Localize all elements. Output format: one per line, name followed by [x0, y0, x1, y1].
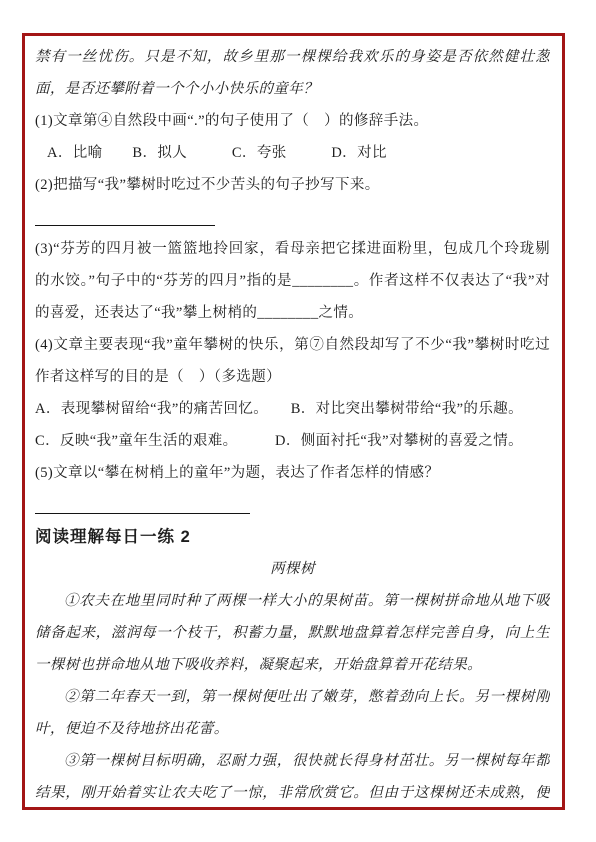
intro-text-line: 禁有一丝忧伤。只是不知，故乡里那一棵棵给我欢乐的身姿是否依然健壮葱茏，那上	[35, 41, 550, 73]
passage-paragraph-1-line: ①农夫在地里同时种了两棵一样大小的果树苗。第一棵树拼命地从地下吸收养料，	[35, 585, 550, 617]
answer-blank-row	[35, 489, 550, 521]
passage-paragraph-2-line: 叶，便迫不及待地挤出花蕾。	[35, 713, 550, 745]
passage-paragraph-2-line: ②第二年春天一到，第一棵树便吐出了嫩芽，憋着劲向上长。另一棵树刚吐出嫩	[35, 681, 550, 713]
answer-blank-underline	[35, 513, 250, 514]
question-1-text: (1)文章第④自然段中画“.”的句子使用了（ ）的修辞手法。	[35, 105, 550, 137]
question-4-text-line: (4)文章主要表现“我”童年攀树的快乐，第⑦自然段却写了不少“我”攀树时吃过苦头…	[35, 329, 550, 361]
passage-paragraph-1-line: 储备起来，滋润每一个枝干，积蓄力量，默默地盘算着怎样完善自身，向上生长。另	[35, 617, 550, 649]
passage-title: 两棵树	[35, 553, 550, 585]
question-5-text: (5)文章以“攀在树梢上的童年”为题，表达了作者怎样的情感？	[35, 457, 550, 489]
intro-text-line: 面，是否还攀附着一个个小小快乐的童年？	[35, 73, 550, 105]
passage-paragraph-3-line: 结果，刚开始着实让农夫吃了一惊，非常欣赏它。但由于这棵树还未成熟，便承担开	[35, 777, 550, 809]
passage-paragraph-3-line: ③第一棵树目标明确，忍耐力强，很快就长得身材茁壮。另一棵树每年都要开花	[35, 745, 550, 777]
page-border: 禁有一丝忧伤。只是不知，故乡里那一棵棵给我欢乐的身姿是否依然健壮葱茏，那上 面，…	[22, 33, 565, 810]
answer-blank-row	[35, 201, 550, 233]
section-heading: 阅读理解每日一练 2	[35, 521, 550, 553]
question-4-options-cd: C．反映“我”童年生活的艰难。 D．侧面衬托“我”对攀树的喜爱之情。	[35, 425, 550, 457]
question-4-text-line: 作者这样写的目的是（ ）（多选题）	[35, 361, 550, 393]
question-2-text: (2)把描写“我”攀树时吃过不少苦头的句子抄写下来。	[35, 169, 550, 201]
answer-blank-underline	[35, 225, 215, 226]
question-3-text-line: (3)“芬芳的四月被一篮篮地拎回家，看母亲把它揉进面粉里，包成几个玲珑剔透润玉般	[35, 233, 550, 265]
question-3-text-line: 的水饺。”句子中的“芬芳的四月”指的是________。作者这样不仅表达了“我”…	[35, 265, 550, 297]
question-4-options-ab: A．表现攀树留给“我”的痛苦回忆。 B．对比突出攀树带给“我”的乐趣。	[35, 393, 550, 425]
question-1-options: A．比喻 B．拟人 C．夸张 D．对比	[35, 137, 550, 169]
question-3-text-line: 的喜爱，还表达了“我”攀上树梢的________之情。	[35, 297, 550, 329]
passage-paragraph-1-line: 一棵树也拼命地从地下吸收养料，凝聚起来，开始盘算着开花结果。	[35, 649, 550, 681]
